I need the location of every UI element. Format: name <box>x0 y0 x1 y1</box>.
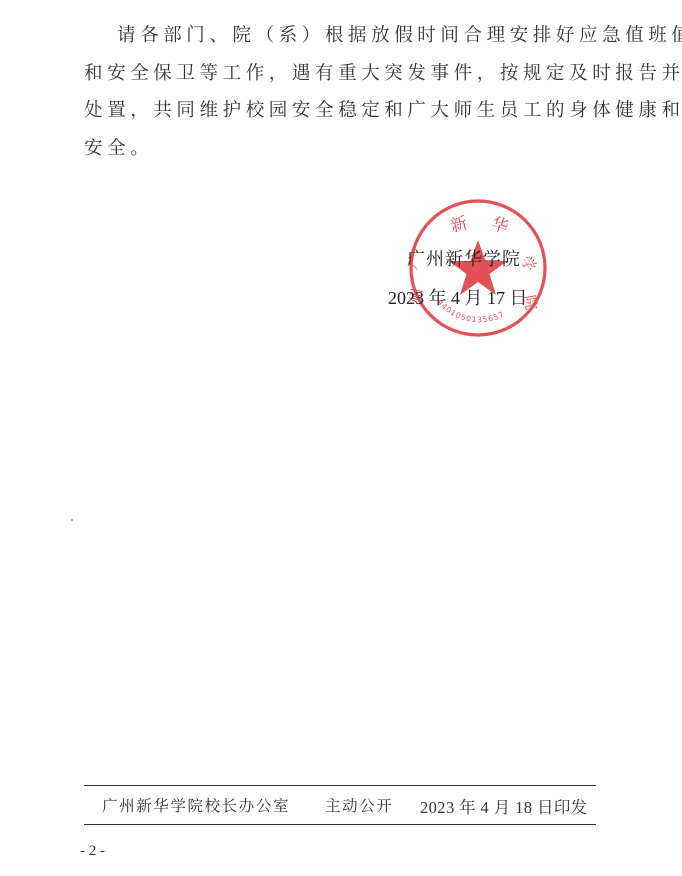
body-line-2: 和安全保卫等工作，遇有重大突发事件，按规定及时报告并妥善 <box>84 55 596 93</box>
signature-organization: 广州新华学院 <box>407 245 521 271</box>
signature-date: 2023 年 4 月 17 日 <box>388 284 528 310</box>
body-line-4: 安全。 <box>84 130 596 168</box>
footer-issue-date: 2023 年 4 月 18 日印发 <box>420 794 588 818</box>
footer-bottom-rule <box>84 824 596 825</box>
body-line-3: 处置，共同维护校园安全稳定和广大师生员工的身体健康和生命 <box>84 92 596 130</box>
body-line-1: 请各部门、院（系）根据放假时间合理安排好应急值班值守 <box>84 17 596 55</box>
svg-text:华: 华 <box>488 214 510 238</box>
footer-issuer: 广州新华学院校长办公室 <box>102 794 290 816</box>
svg-text:新: 新 <box>448 213 469 237</box>
page-number: - 2 - <box>80 843 105 860</box>
footer-disclosure-type: 主动公开 <box>325 794 393 816</box>
scan-speck <box>71 519 73 521</box>
footer-top-rule <box>84 785 596 786</box>
footer-info-row: 广州新华学院校长办公室 主动公开 2023 年 4 月 18 日印发 <box>84 792 596 818</box>
document-page: 请各部门、院（系）根据放假时间合理安排好应急值班值守 和安全保卫等工作，遇有重大… <box>0 0 682 876</box>
body-paragraph: 请各部门、院（系）根据放假时间合理安排好应急值班值守 和安全保卫等工作，遇有重大… <box>84 17 596 167</box>
